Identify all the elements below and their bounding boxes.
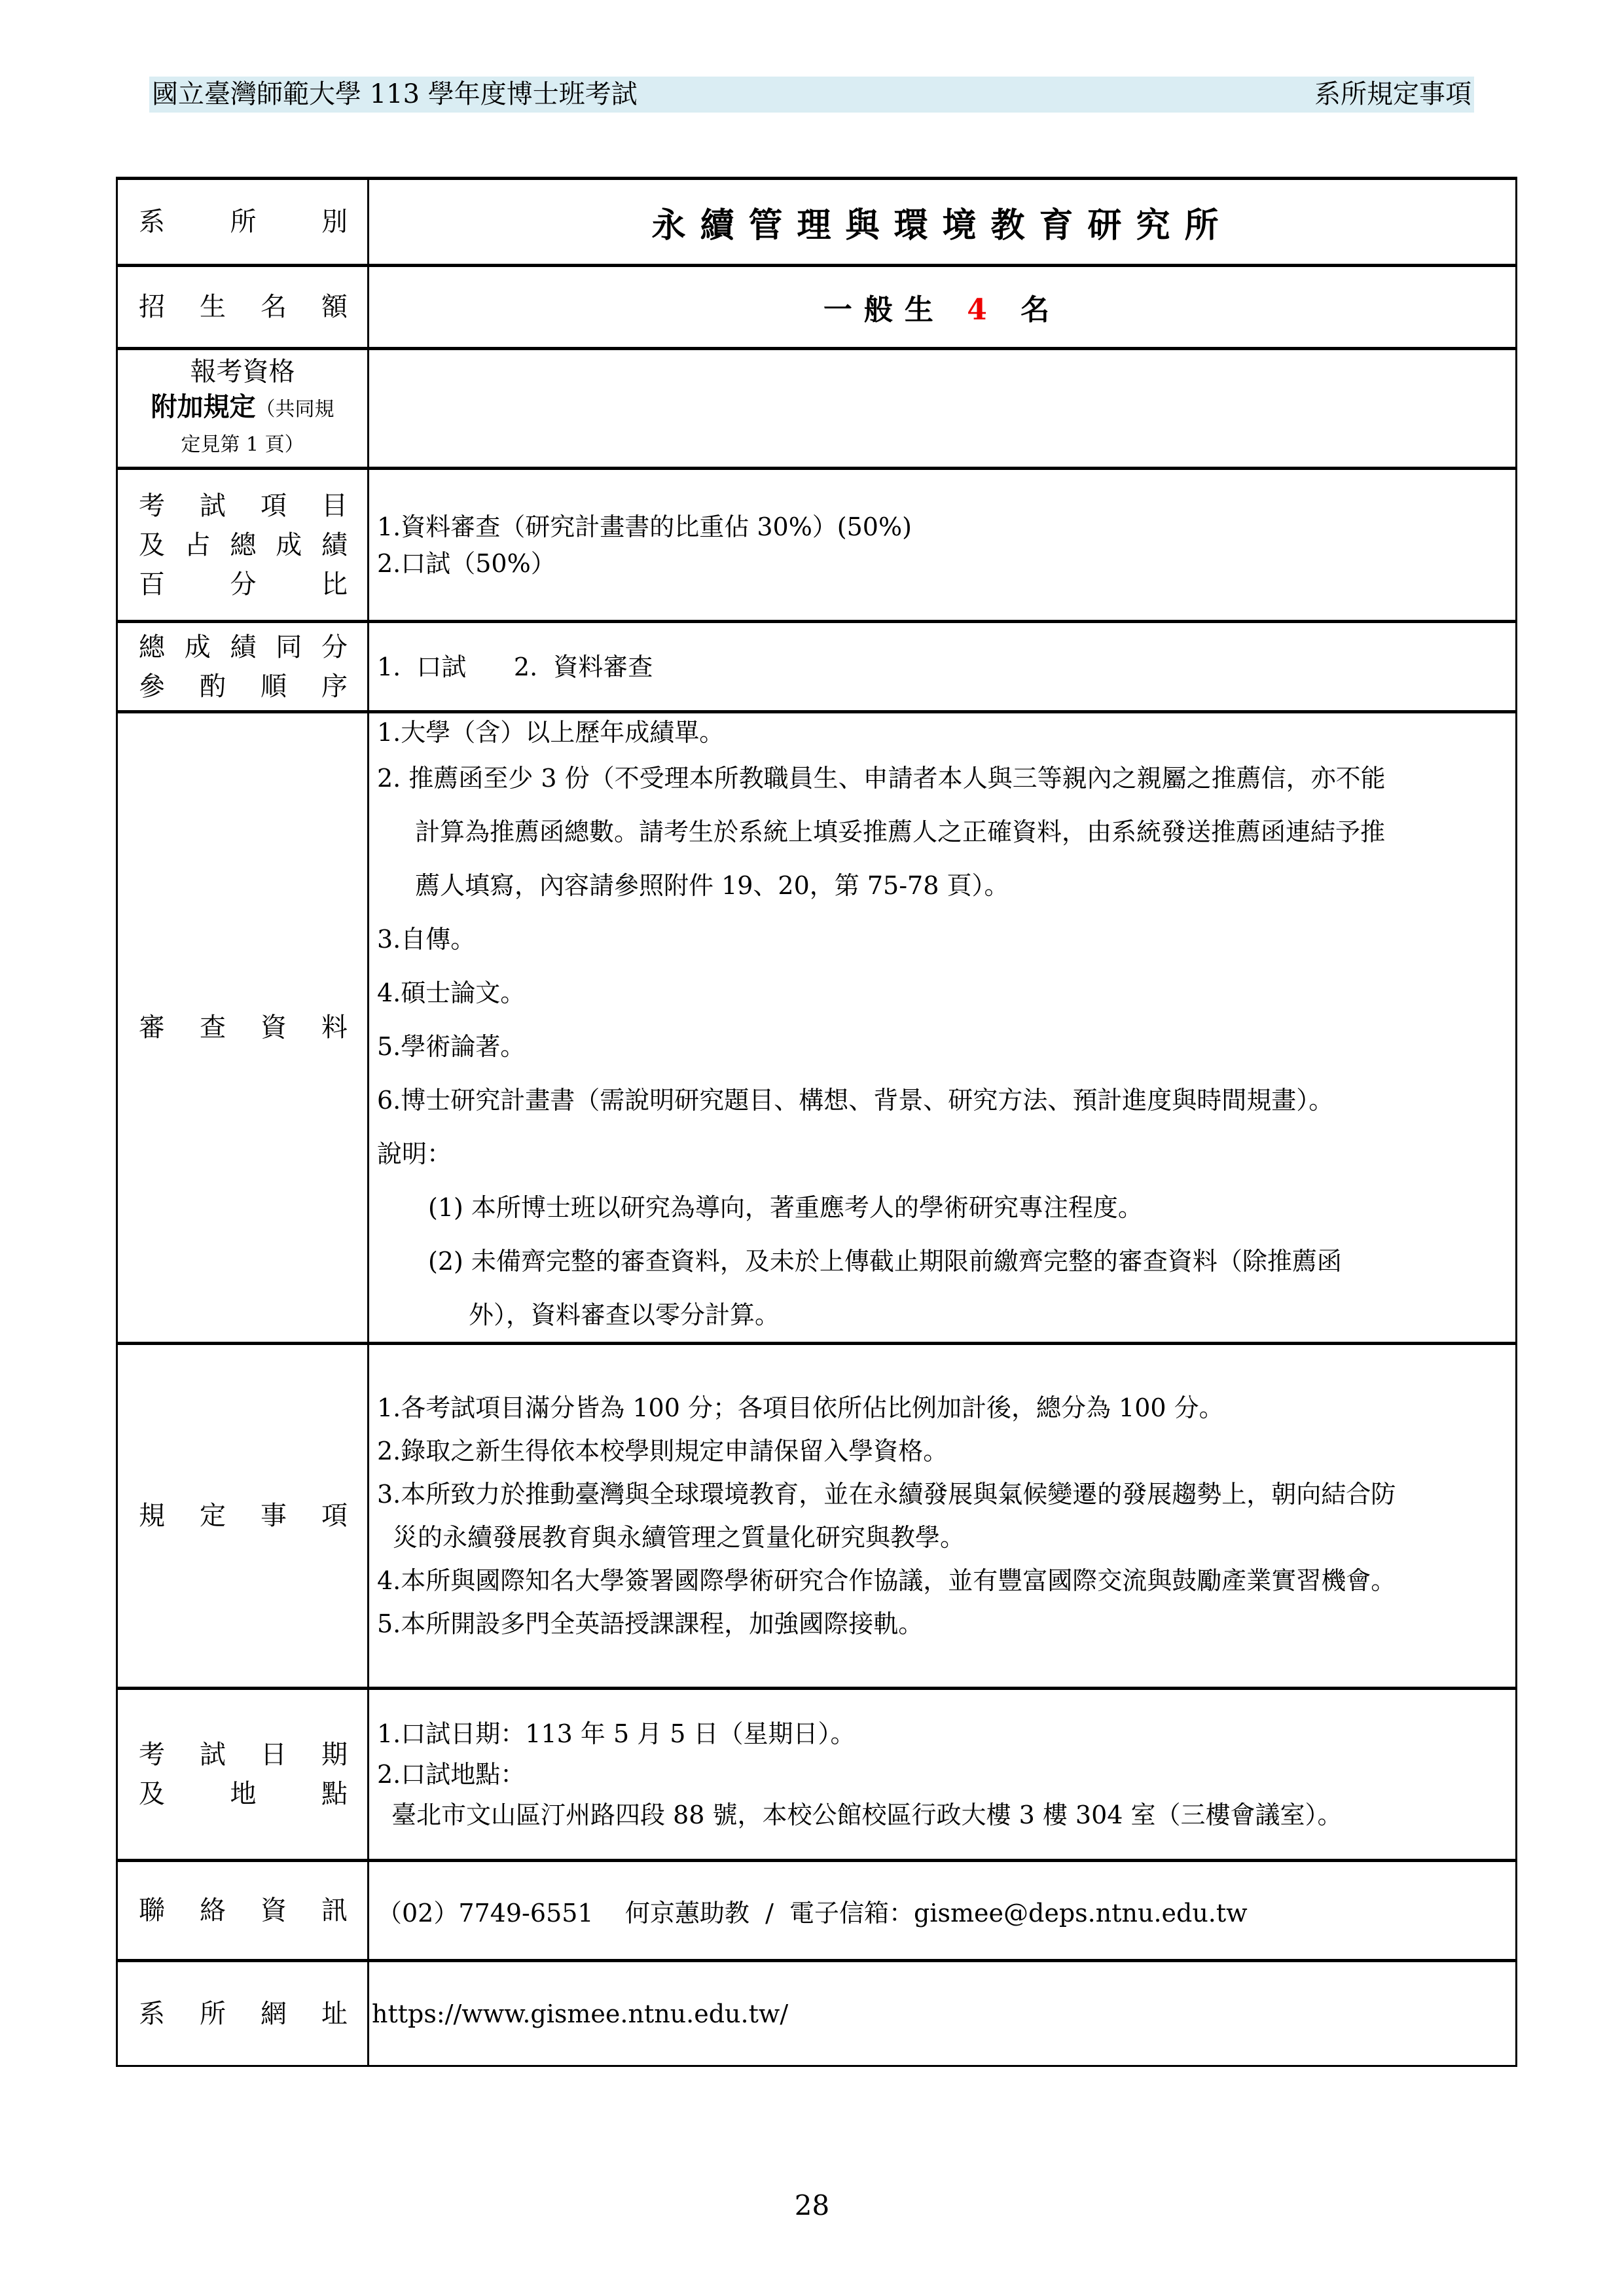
row-regulations: 規 定 事 項 1.各考試項目滿分皆為 100 分；各項目依所佔比例加計後，總分… [117,1344,1517,1689]
label-website: 系 所 網 址 [117,1961,369,2066]
doc-item-cont: 薦人填寫，內容請參照附件 19、20，第 75-78 頁）。 [377,859,1515,912]
row-department: 系 所 別 永續管理與環境教育研究所 [117,179,1517,266]
header-section: 系所規定事項 [1314,77,1471,113]
rule-item-cont: 災的永續發展教育與永續管理之質量化研究與教學。 [377,1516,1515,1559]
label-regulations: 規 定 事 項 [117,1344,369,1689]
row-tie-breaker: 總 成 績 同 分 參 酌 順 序 1. 口試 2. 資料審查 [117,622,1517,712]
quota-value: 一般生 4 名 [369,266,1517,349]
rule-item: 4.本所與國際知名大學簽署國際學術研究合作協議，並有豐富國際交流與鼓勵產業實習機… [377,1559,1515,1602]
exam-location-label: 2.口試地點： [377,1754,1515,1795]
rule-item: 1.各考試項目滿分皆為 100 分；各項目依所佔比例加計後，總分為 100 分。 [377,1386,1515,1429]
exam-location-address: 臺北市文山區汀州路四段 88 號，本校公館校區行政大樓 3 樓 304 室（三樓… [377,1795,1515,1835]
label-contact: 聯 絡 資 訊 [117,1861,369,1961]
exam-date: 1.口試日期：113 年 5 月 5 日（星期日）。 [377,1713,1515,1754]
doc-item: 2. 推薦函至少 3 份（不受理本所教職員生、申請者本人與三等親內之親屬之推薦信… [377,751,1515,805]
note-item: (1) 本所博士班以研究為導向，著重應考人的學術研究專注程度。 [377,1181,1515,1234]
website-link[interactable]: https://www.gismee.ntnu.edu.tw/ [372,2000,788,2028]
note-item: (2) 未備齊完整的審查資料，及未於上傳截止期限前繳齊完整的審查資料（除推薦函 [377,1234,1515,1288]
doc-item-cont: 計算為推薦函總數。請考生於系統上填妥推薦人之正確資料，由系統發送推薦函連結予推 [377,805,1515,859]
note-item-cont: 外），資料審查以零分計算。 [377,1288,1515,1342]
exam-items-list: 1.資料審查（研究計畫書的比重佔 30%）(50%) 2.口試（50%） [369,469,1517,622]
doc-item: 1.大學（含）以上歷年成績單。 [377,713,1515,751]
qualification-value [369,349,1517,469]
label-exam-items: 考 試 項 目 及 占 總 成 績 百 分 比 [117,469,369,622]
label-tie-breaker: 總 成 績 同 分 參 酌 順 序 [117,622,369,712]
doc-item: 3.自傳。 [377,912,1515,966]
exam-item: 1.資料審查（研究計畫書的比重佔 30%）(50%) [377,509,1515,545]
quota-count: 4 [967,293,999,327]
website-value: https://www.gismee.ntnu.edu.tw/ [369,1961,1517,2066]
label-quota: 招 生 名 額 [117,266,369,349]
rule-item: 3.本所致力於推動臺灣與全球環境教育，並在永續發展與氣候變遷的發展趨勢上，朝向結… [377,1473,1515,1516]
page-header: 國立臺灣師範大學 113 學年度博士班考試 系所規定事項 [149,77,1474,113]
department-name: 永續管理與環境教育研究所 [369,179,1517,266]
doc-item: 5.學術論著。 [377,1020,1515,1073]
row-review-documents: 審 查 資 料 1.大學（含）以上歷年成績單。 2. 推薦函至少 3 份（不受理… [117,712,1517,1344]
row-exam-date-location: 考 試 日 期 及 地 點 1.口試日期：113 年 5 月 5 日（星期日）。… [117,1689,1517,1861]
review-documents-list: 1.大學（含）以上歷年成績單。 2. 推薦函至少 3 份（不受理本所教職員生、申… [369,712,1517,1344]
notes-heading: 說明： [377,1127,1515,1181]
label-department: 系 所 別 [117,179,369,266]
contact-info: （02）7749-6551 何京蕙助教 / 電子信箱：gismee@deps.n… [369,1861,1517,1961]
exam-date-location-list: 1.口試日期：113 年 5 月 5 日（星期日）。 2.口試地點： 臺北市文山… [369,1689,1517,1861]
row-contact: 聯 絡 資 訊 （02）7749-6551 何京蕙助教 / 電子信箱：gisme… [117,1861,1517,1961]
contact-email-link[interactable]: （02）7749-6551 何京蕙助教 / 電子信箱：gismee@deps.n… [377,1895,1515,1931]
label-exam-date-location: 考 試 日 期 及 地 點 [117,1689,369,1861]
doc-item: 6.博士研究計畫書（需說明研究題目、構想、背景、研究方法、預計進度與時間規畫）。 [377,1073,1515,1127]
tie-breaker-value: 1. 口試 2. 資料審查 [369,622,1517,712]
label-review-documents: 審 查 資 料 [117,712,369,1344]
rule-item: 2.錄取之新生得依本校學則規定申請保留入學資格。 [377,1429,1515,1473]
department-regulations-table: 系 所 別 永續管理與環境教育研究所 招 生 名 額 一般生 4 名 報考資格 … [116,177,1517,2067]
header-title: 國立臺灣師範大學 113 學年度博士班考試 [152,77,638,113]
label-qualification: 報考資格 附加規定（共同規 定見第 1 頁） [117,349,369,469]
row-exam-items: 考 試 項 目 及 占 總 成 績 百 分 比 1.資料審查（研究計畫書的比重佔… [117,469,1517,622]
row-quota: 招 生 名 額 一般生 4 名 [117,266,1517,349]
row-qualification: 報考資格 附加規定（共同規 定見第 1 頁） [117,349,1517,469]
row-website: 系 所 網 址 https://www.gismee.ntnu.edu.tw/ [117,1961,1517,2066]
exam-item: 2.口試（50%） [377,545,1515,582]
regulations-list: 1.各考試項目滿分皆為 100 分；各項目依所佔比例加計後，總分為 100 分。… [369,1344,1517,1689]
doc-item: 4.碩士論文。 [377,966,1515,1020]
rule-item: 5.本所開設多門全英語授課課程，加強國際接軌。 [377,1602,1515,1645]
page-number: 28 [0,2189,1624,2221]
